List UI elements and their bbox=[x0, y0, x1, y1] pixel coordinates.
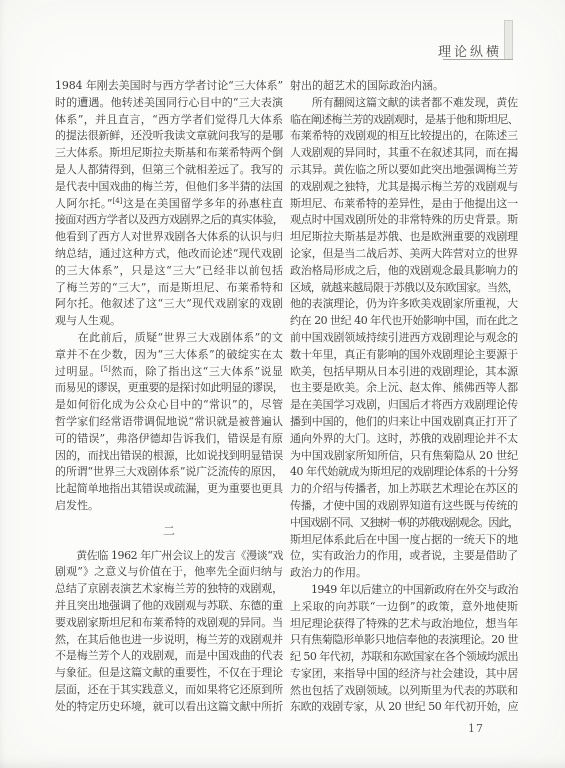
text-line: 总结了京剧表演艺术家梅兰芳的独特的戏剧观， bbox=[55, 581, 283, 598]
text-line: 观点时中国戏剧所处的非常特殊的历史背景。斯 bbox=[290, 212, 518, 229]
text-line: 论家，但是当二战后苏、美两大阵营对立的世界 bbox=[290, 246, 518, 263]
text-line: 的提法很新鲜，还没听我读文章就问我写的是哪 bbox=[55, 128, 283, 145]
text-line: 了梅兰芳的“三大”，而是斯坦尼、布莱希特和 bbox=[55, 280, 283, 297]
text-line: 1949 年以后建立的中国新政府在外交与政治 bbox=[290, 582, 518, 599]
text-line: 是如何衍化成为公众心目中的“常识”的，尽管 bbox=[55, 397, 283, 414]
text-line: 示其异。黄佐临之所以要如此突出地强调梅兰芳 bbox=[290, 162, 518, 179]
text-line: 是在美国学习戏剧，归国后才将西方戏剧理论传 bbox=[290, 397, 518, 414]
text-line: 体系”，并且直言，“西方学者们觉得几大体系 bbox=[55, 112, 283, 129]
text-line: 40 年代始就成为斯坦尼的戏剧理论体系的十分努 bbox=[290, 464, 518, 481]
text-line: 章并不在少数，因为“三大体系”的破绽实在太 bbox=[55, 347, 283, 364]
left-text-column: 1984 年刚去美国时与西方学者讨论“三大体系”时的遭遇。他转述美国同行心目中的… bbox=[55, 78, 283, 715]
text-line: 坦尼理论获得了特殊的艺术与政治地位，想当年 bbox=[290, 616, 518, 633]
text-line: 与象征。但是这篇文献的重要性，不仅在于理论 bbox=[55, 665, 283, 682]
text-line: 1984 年刚去美国时与西方学者讨论“三大体系” bbox=[55, 78, 283, 95]
text-line: 时的遭遇。他转述美国同行心目中的“三大表演 bbox=[55, 95, 283, 112]
text-line: 专家团，来指导中国的经济与社会建设，其中居 bbox=[290, 666, 518, 683]
text-line: 人阿尔托。”[4]这是在美国留学多年的孙惠柱直 bbox=[55, 196, 283, 213]
text-line: 上采取的向苏联“一边倒”的政策，意外地使斯 bbox=[290, 599, 518, 616]
text-line: 斯坦尼、布莱希特的差异性，是由于他提出这一 bbox=[290, 196, 518, 213]
text-line: 并且突出地强调了他的戏剧观与苏联、东德的重 bbox=[55, 598, 283, 615]
text-line: 启发性。 bbox=[55, 498, 283, 515]
text-line: 传播，才使中国的戏剧界知道有这些既与传统的 bbox=[290, 498, 518, 515]
text-line: 处的特定历史环境，就可以看出这篇文献中所折 bbox=[55, 699, 283, 716]
section-heading: 二 bbox=[55, 523, 283, 540]
page-number: 17 bbox=[468, 722, 484, 735]
text-line: 的三大体系”，只是这“三大”已经非以前包括 bbox=[55, 263, 283, 280]
text-line: 接面对西方学者以及西方戏剧界之后的真实体验， bbox=[55, 212, 283, 229]
text-line: 临在阐述梅兰芳的戏剧观时，是基于他和斯坦尼、 bbox=[290, 112, 518, 129]
text-line: 约在 20 世纪 40 年代也开始影响中国，而在此之 bbox=[290, 313, 518, 330]
text-line: 可的错误”，弗洛伊德却告诉我们，错误是有原 bbox=[55, 431, 283, 448]
text-line: 层面，还在于其实践意义，而如果将它还原到所 bbox=[55, 682, 283, 699]
text-line: 人戏剧观的异同时，其重不在叙述其同，而在揭 bbox=[290, 145, 518, 162]
text-line: 区域，就越来越局限于苏俄以及东欧国家。当然， bbox=[290, 280, 518, 297]
header-rule bbox=[443, 59, 513, 60]
text-line: 是代表中国戏曲的梅兰芳，但他们多半猜的法国 bbox=[55, 179, 283, 196]
header-tab-decoration bbox=[504, 20, 513, 60]
text-line: 然，在其后他也进一步说明，梅兰芳的戏剧观并 bbox=[55, 632, 283, 649]
text-line: 位，实有政治力的作用，或者说，主要是借助了 bbox=[290, 548, 518, 565]
text-line: 力的介绍与传播者，加上苏联艺术理论在苏区的 bbox=[290, 481, 518, 498]
text-line: 是人人都猜得到，但第三个就相差远了。我写的 bbox=[55, 162, 283, 179]
text-line: 的戏剧观之独特，尤其是揭示梅兰芳的戏剧观与 bbox=[290, 179, 518, 196]
text-line: 哲学家们经常语带调侃地说“常识就是被普遍认 bbox=[55, 414, 283, 431]
footnote-marker: [5] bbox=[101, 365, 111, 373]
text-line: 比起简单地指出其错误或疏漏，更为重要也更具 bbox=[55, 481, 283, 498]
text-line: 纪 50 年代初，苏联和东欧国家在各个领域均派出 bbox=[290, 649, 518, 666]
text-line: 因的，而找出错误的根源，比如说找到明显错误 bbox=[55, 448, 283, 465]
scanned-journal-page: 理论纵横 1984 年刚去美国时与西方学者讨论“三大体系”时的遭遇。他转述美国同… bbox=[0, 0, 565, 768]
text-line: 东欧的戏剧专家，从 20 世纪 50 年代初开始，应 bbox=[290, 699, 518, 716]
text-line: 也主要是欧美。余上沅、赵太侔、熊佛西等人都 bbox=[290, 380, 518, 397]
text-line: 前中国戏剧领域持续引进西方戏剧理论与观念的 bbox=[290, 330, 518, 347]
text-line: 欧美，包括早期从日本引进的戏剧理论，其本源 bbox=[290, 364, 518, 381]
text-line: 政治格局形成之后，他的戏剧观念最具影响力的 bbox=[290, 263, 518, 280]
text-line: 三大体系。斯坦尼斯拉夫斯基和布莱希特两个倒 bbox=[55, 145, 283, 162]
text-line: 黄佐临 1962 年广州会议上的发言《漫谈“戏 bbox=[55, 548, 283, 565]
footnote-marker: [4] bbox=[112, 197, 122, 205]
text-line: 播到中国的，他们的归来让中国戏剧真正打开了 bbox=[290, 414, 518, 431]
text-line: 政治力的作用。 bbox=[290, 565, 518, 582]
text-line: 在此前后，质疑“世界三大戏剧体系”的文 bbox=[55, 330, 283, 347]
text-line: 坦尼斯拉夫斯基是苏俄、也是欧洲重要的戏剧理 bbox=[290, 229, 518, 246]
text-line: 通向外界的大门。这时，苏俄的戏剧理论并不太 bbox=[290, 431, 518, 448]
text-line: 他看到了西方人对世界戏剧各大体系的认识与归 bbox=[55, 229, 283, 246]
text-line: 观与人生观。 bbox=[55, 313, 283, 330]
text-line: 只有焦菊隐形单影只地信奉他的表演理论。20 世 bbox=[290, 632, 518, 649]
text-line: 他的表演理论，仍为许多欧美戏剧家所重视，大 bbox=[290, 296, 518, 313]
text-line: 要戏剧家斯坦尼和布莱希特的戏剧观的异同。当 bbox=[55, 615, 283, 632]
text-line: 剧观”》之意义与价值在于，他率先全面归纳与 bbox=[55, 564, 283, 581]
text-line: 不是梅兰芳个人的戏剧观，而是中国戏曲的代表 bbox=[55, 648, 283, 665]
text-line: 射出的超艺术的国际政治内涵。 bbox=[290, 78, 518, 95]
text-line: 所有翻阅这篇文献的读者都不难发现，黄佐 bbox=[290, 95, 518, 112]
text-line: 斯坦尼体系此后在中国一度占据的一统天下的地 bbox=[290, 532, 518, 549]
text-line: 为中国戏剧家所知所信，只有焦菊隐从 20 世纪 bbox=[290, 448, 518, 465]
text-line: 数十年里，真正有影响的国外戏剧理论主要源于 bbox=[290, 347, 518, 364]
text-line: 过明显。[5]然而，除了指出这“三大体系”说显 bbox=[55, 364, 283, 381]
section-column-label: 理论纵横 bbox=[438, 41, 502, 60]
text-line: 而易见的谬误，更重要的是探讨如此明显的谬误， bbox=[55, 380, 283, 397]
text-line: 然也包括了戏剧领域。以列斯里为代表的苏联和 bbox=[290, 683, 518, 700]
text-line: 阿尔托。他叙述了这“三大”现代戏剧家的戏剧 bbox=[55, 296, 283, 313]
text-line: 的所谓“世界三大戏剧体系”说广泛流传的原因， bbox=[55, 464, 283, 481]
text-line: 中国戏剧不同、又独树一帜的苏俄戏剧观念。因此， bbox=[290, 515, 518, 532]
right-text-column: 射出的超艺术的国际政治内涵。 所有翻阅这篇文献的读者都不难发现，黄佐临在阐述梅兰… bbox=[290, 78, 518, 716]
text-line: 纳总结，通过这种方式，他改而论述“现代戏剧 bbox=[55, 246, 283, 263]
text-line: 布莱希特的戏剧观的相互比较提出的，在陈述三 bbox=[290, 128, 518, 145]
